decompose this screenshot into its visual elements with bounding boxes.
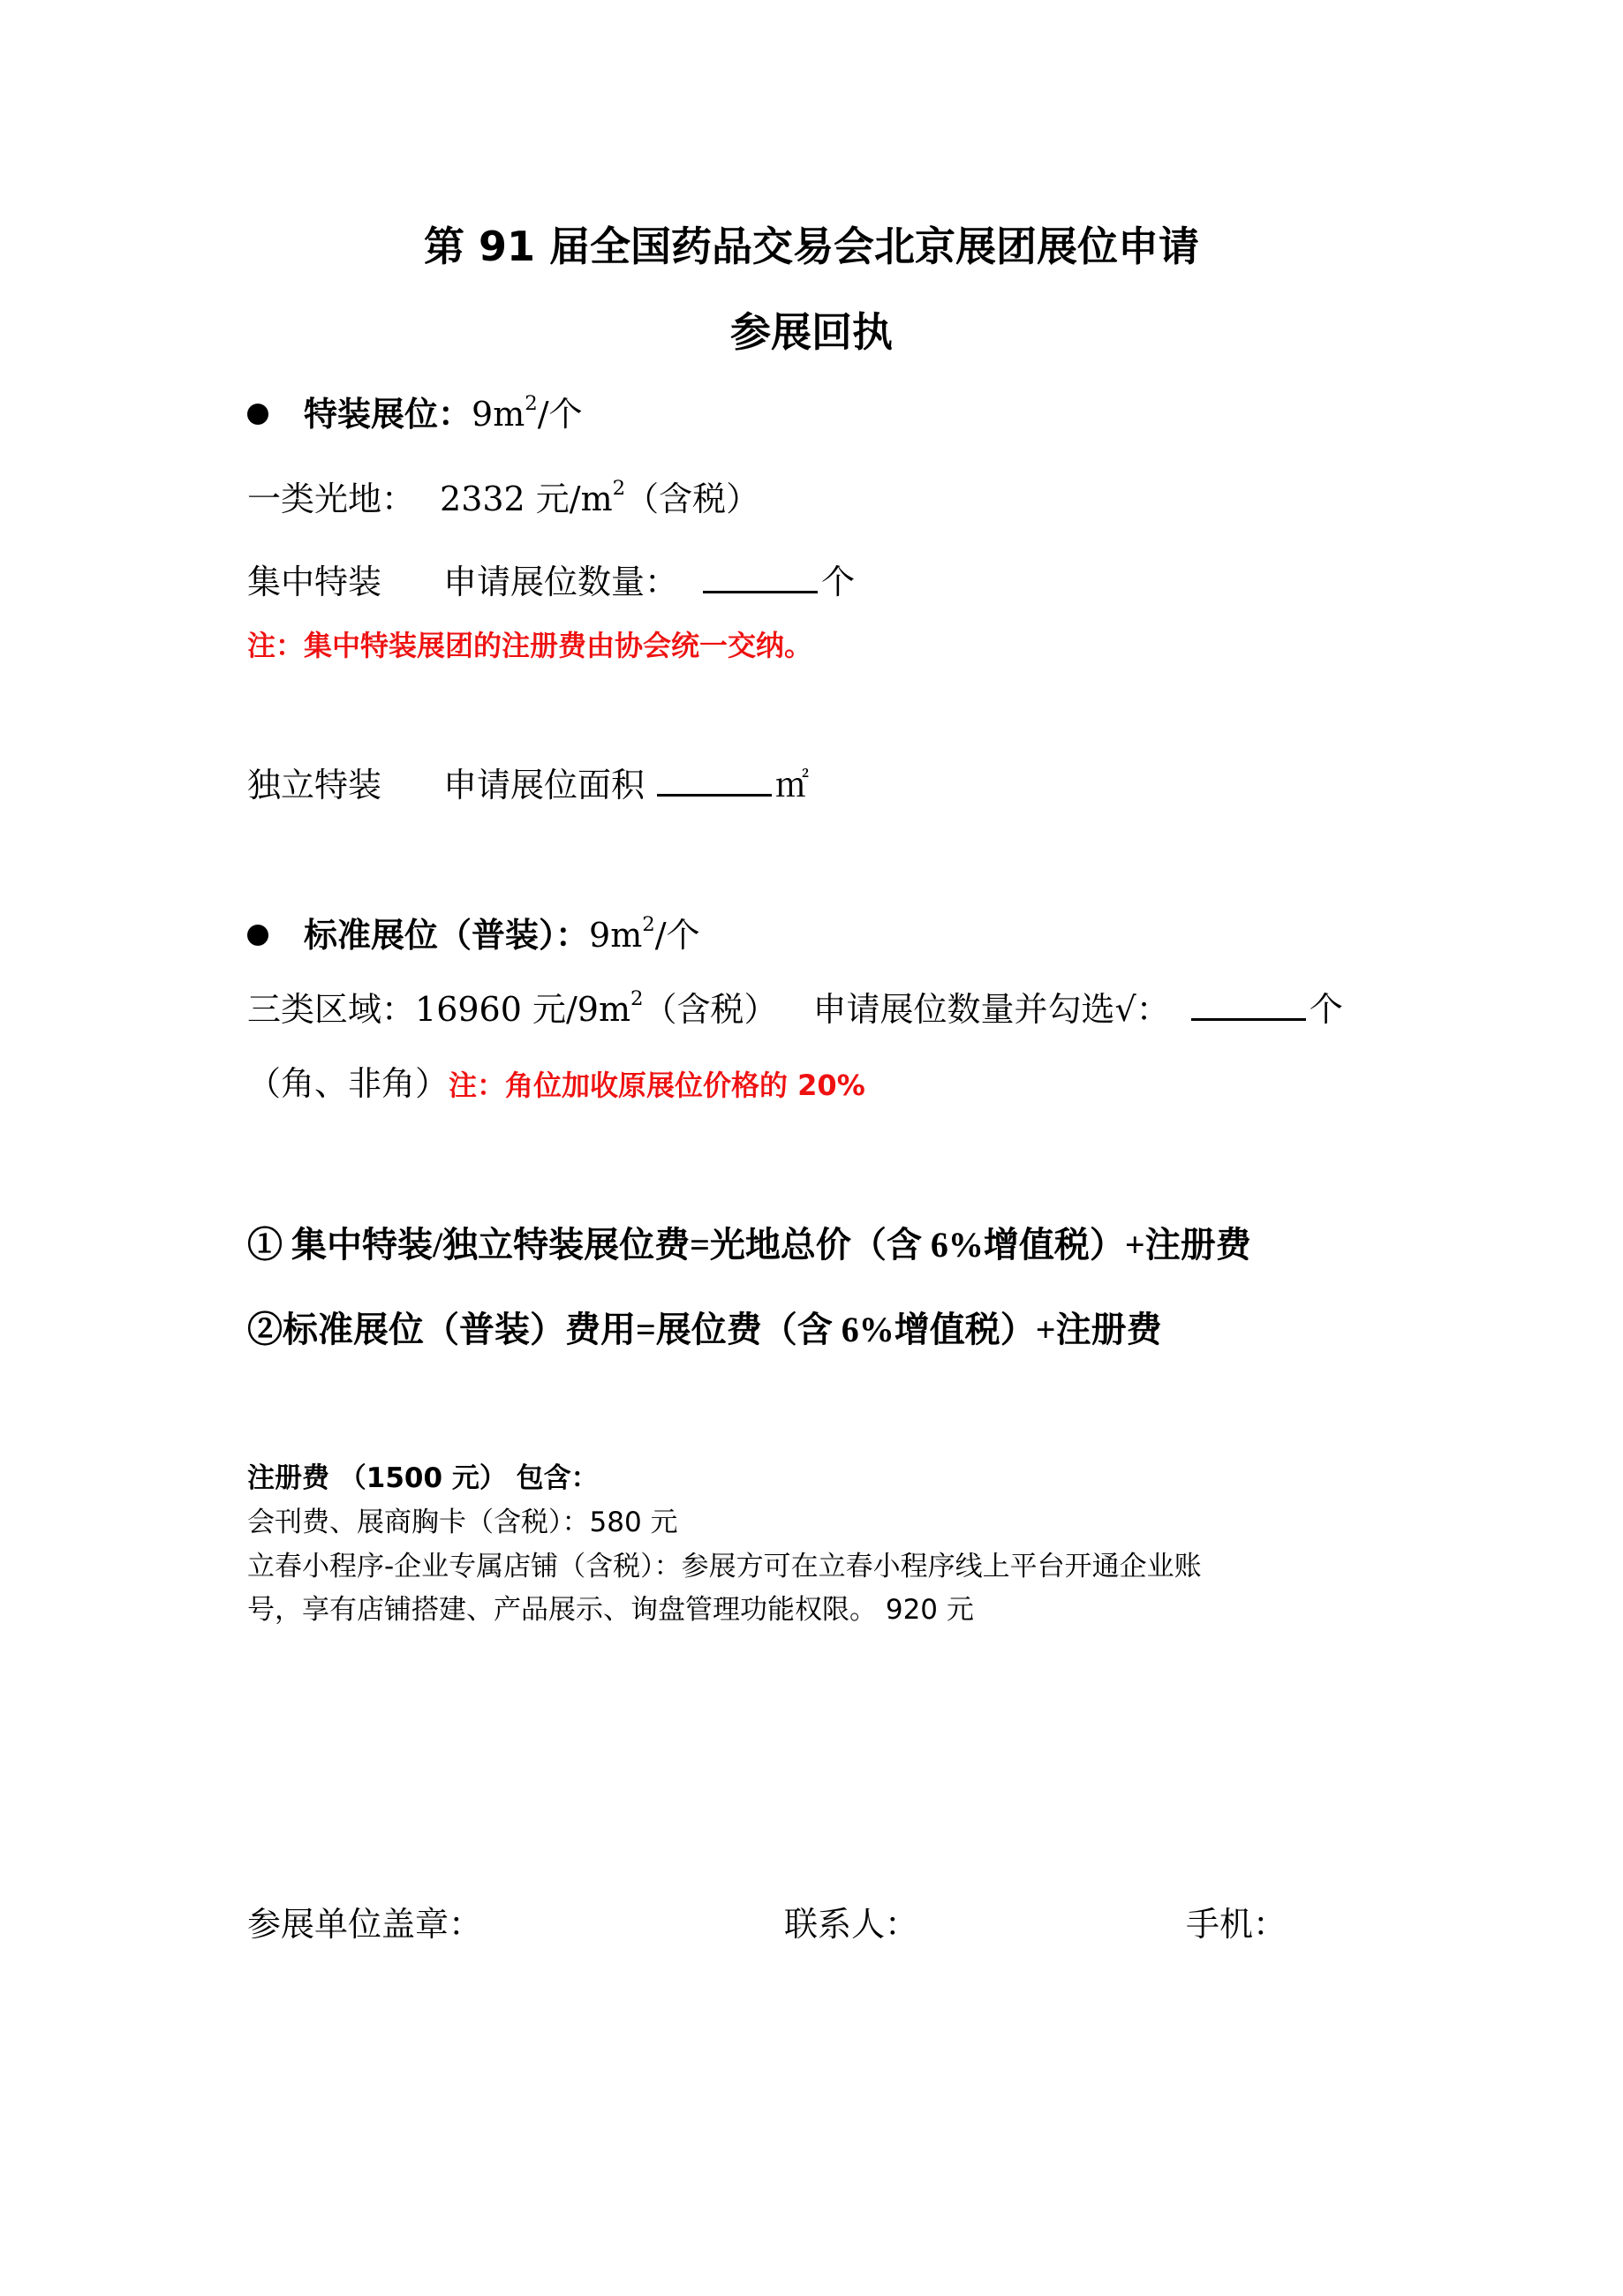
formula-standard: ②标准展位（普装）费用=展位费（含 6%增值税）+注册费 <box>247 1302 1162 1352</box>
contact-field-label[interactable]: 联系人： <box>784 1897 918 1945</box>
land-price-line: 一类光地：2332 元/m2（含税） <box>247 472 759 520</box>
centralized-label: 集中特装 <box>247 563 381 601</box>
document-page: 第 91 届全国药品交易会北京展团展位申请 参展回执 特装展位：9m2/个 一类… <box>0 0 1623 2296</box>
page-title: 第 91 届全国药品交易会北京展团展位申请 <box>0 215 1623 273</box>
registration-fee-item: 会刊费、展商胸卡（含税）：580 元 <box>247 1499 678 1539</box>
zone-price: 16960 元/9m2 <box>415 990 644 1029</box>
independent-area-field[interactable] <box>657 762 772 797</box>
bullet-icon <box>247 404 268 425</box>
standard-booth-unit: 9m2/个 <box>589 916 700 955</box>
centralized-unit: 个 <box>821 563 855 601</box>
zone-label: 三类区域： <box>247 990 415 1029</box>
corner-options[interactable]: （角、非角） <box>247 1064 449 1103</box>
standard-booth-label: 标准展位（普装）： <box>304 916 589 955</box>
standard-field-label: 申请展位数量并勾选 <box>813 990 1115 1029</box>
zone-tax: （含税） <box>644 990 778 1029</box>
check-mark-icon: √： <box>1115 990 1170 1029</box>
page-subtitle: 参展回执 <box>0 300 1623 359</box>
independent-field-label: 申请展位面积 <box>443 766 645 804</box>
registration-fee-item: 立春小程序-企业专属店铺（含税）：参展方可在立春小程序线上平台开通企业账 <box>247 1544 1202 1583</box>
standard-zone-line: 三类区域：16960 元/9m2（含税）申请展位数量并勾选√：个 <box>247 982 1343 1031</box>
corner-line: （角、非角）注：角位加收原展位价格的 20% <box>247 1056 865 1105</box>
centralized-count-field[interactable] <box>703 559 818 593</box>
seal-field-label[interactable]: 参展单位盖章： <box>247 1897 482 1945</box>
independent-special-line: 独立特装申请展位面积㎡ <box>247 758 809 806</box>
registration-fee-item: 号，享有店铺搭建、产品展示、询盘管理功能权限。 920 元 <box>247 1587 974 1627</box>
formula-special: ① 集中特装/独立特装展位费=光地总价（含 6%增值税）+注册费 <box>247 1217 1251 1267</box>
independent-unit: ㎡ <box>775 766 809 804</box>
standard-unit: 个 <box>1310 990 1343 1029</box>
centralized-field-label: 申请展位数量： <box>443 563 678 601</box>
phone-field-label[interactable]: 手机： <box>1186 1897 1287 1945</box>
special-booth-label: 特装展位： <box>304 395 472 434</box>
land-price: 2332 元/m2 <box>440 480 625 518</box>
independent-label: 独立特装 <box>247 766 381 804</box>
land-tax: （含税） <box>625 480 759 518</box>
standard-booth-heading: 标准展位（普装）：9m2/个 <box>247 908 700 956</box>
bullet-icon <box>247 925 268 946</box>
centralized-note: 注：集中特装展团的注册费由协会统一交纳。 <box>247 623 812 664</box>
registration-fee-heading: 注册费 （1500 元） 包含： <box>247 1455 599 1495</box>
special-booth-unit: 9m2/个 <box>472 395 583 434</box>
centralized-special-line: 集中特装申请展位数量：个 <box>247 555 855 603</box>
special-booth-heading: 特装展位：9m2/个 <box>247 387 583 435</box>
land-label: 一类光地： <box>247 480 415 518</box>
standard-count-field[interactable] <box>1191 986 1306 1021</box>
corner-note: 注：角位加收原展位价格的 20% <box>449 1069 865 1102</box>
